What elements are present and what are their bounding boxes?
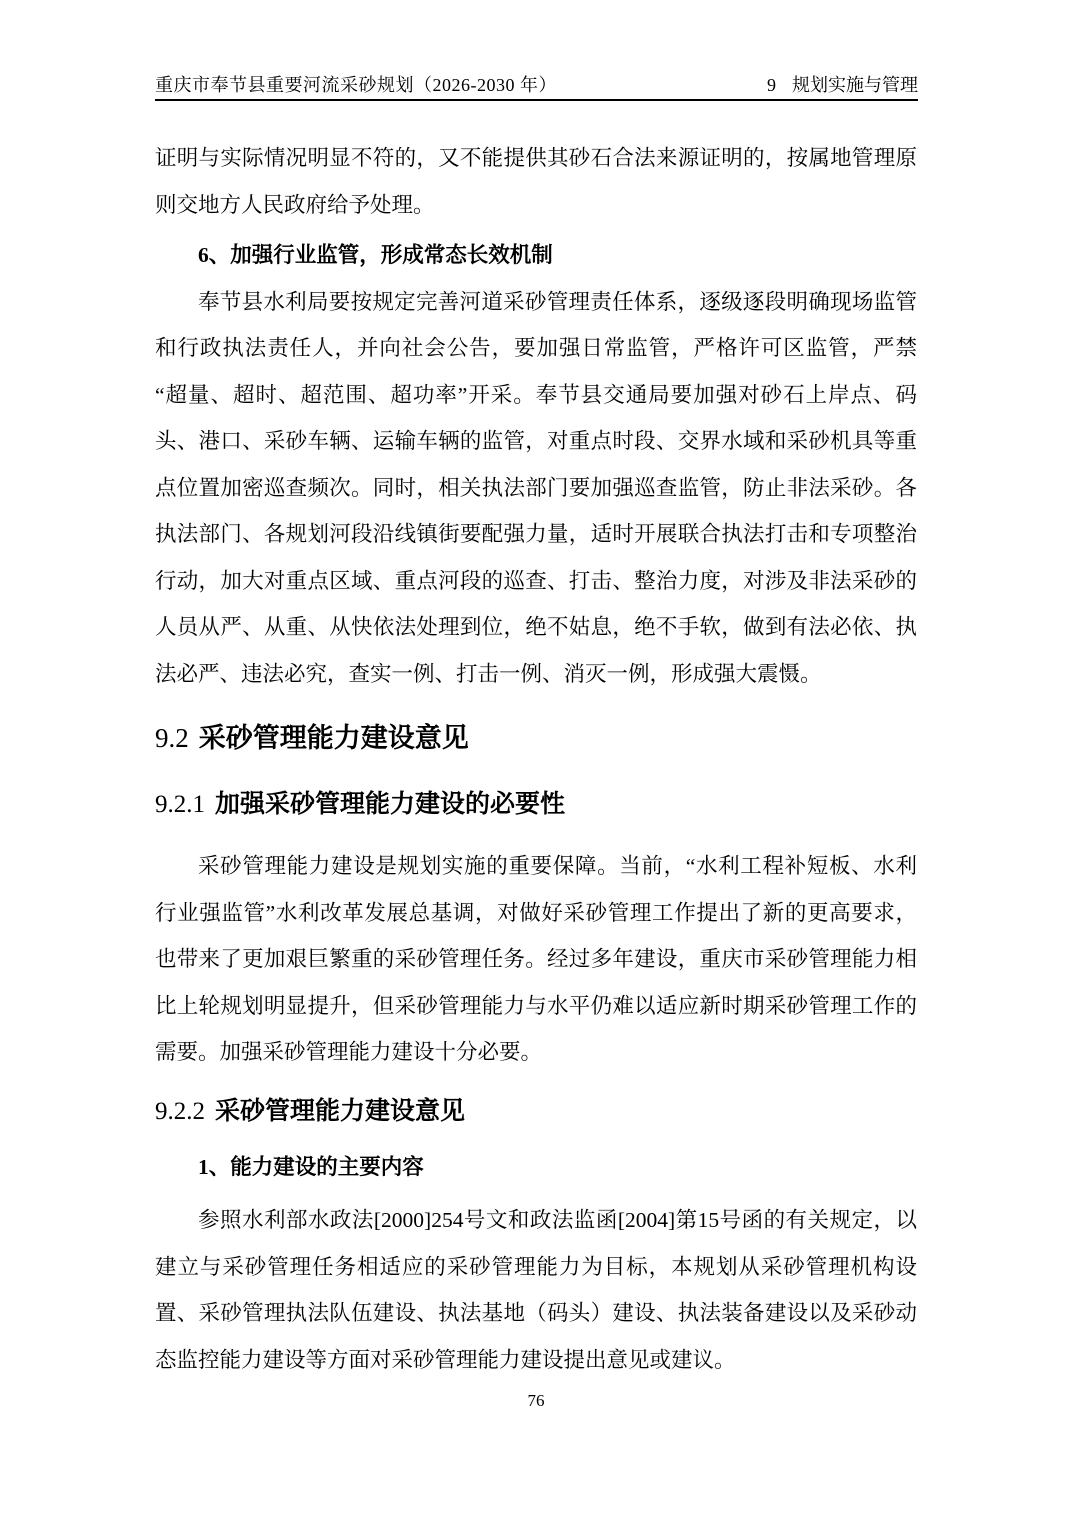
section-heading-9-2-1: 9.2.1加强采砂管理能力建设的必要性: [155, 786, 917, 823]
section-title: 采砂管理能力建设意见: [215, 1097, 465, 1125]
page-number: 76: [528, 1391, 545, 1410]
section-heading-9-2: 9.2采砂管理能力建设意见: [155, 718, 917, 758]
section-title: 采砂管理能力建设意见: [199, 723, 469, 753]
bold-heading-item-1: 1、能力建设的主要内容: [155, 1144, 917, 1191]
paragraph-supervision: 奉节县水利局要按规定完善河道采砂管理责任体系，逐级逐段明确现场监管和行政执法责任…: [155, 279, 917, 698]
section-number: 9.2: [155, 723, 189, 753]
document-body: 证明与实际情况明显不符的，又不能提供其砂石合法来源证明的，按属地管理原则交地方人…: [155, 101, 917, 1383]
header-chapter-number: 9: [767, 75, 776, 95]
header-chapter-title: 规划实施与管理: [792, 75, 918, 95]
paragraph-necessity: 采砂管理能力建设是规划实施的重要保障。当前，“水利工程补短板、水利行业强监管”水…: [155, 843, 917, 1076]
paragraph-reference: 参照水利部水政法[2000]254号文和政法监函[2004]第15号函的有关规定…: [155, 1197, 917, 1383]
header-document-title: 重庆市奉节县重要河流采砂规划（2026-2030 年）: [155, 74, 557, 96]
bold-heading-item-6: 6、加强行业监管，形成常态长效机制: [155, 232, 917, 279]
section-number: 9.2.1: [155, 791, 205, 818]
paragraph-continuation: 证明与实际情况明显不符的，又不能提供其砂石合法来源证明的，按属地管理原则交地方人…: [155, 135, 917, 228]
page-header: 重庆市奉节县重要河流采砂规划（2026-2030 年） 9规划实施与管理: [155, 74, 918, 101]
section-title: 加强采砂管理能力建设的必要性: [215, 790, 565, 818]
page-footer: 76: [155, 1391, 917, 1411]
header-chapter: 9规划实施与管理: [767, 74, 918, 96]
section-number: 9.2.2: [155, 1098, 205, 1125]
section-heading-9-2-2: 9.2.2采砂管理能力建设意见: [155, 1093, 917, 1130]
document-page: 重庆市奉节县重要河流采砂规划（2026-2030 年） 9规划实施与管理 证明与…: [0, 0, 1074, 1520]
